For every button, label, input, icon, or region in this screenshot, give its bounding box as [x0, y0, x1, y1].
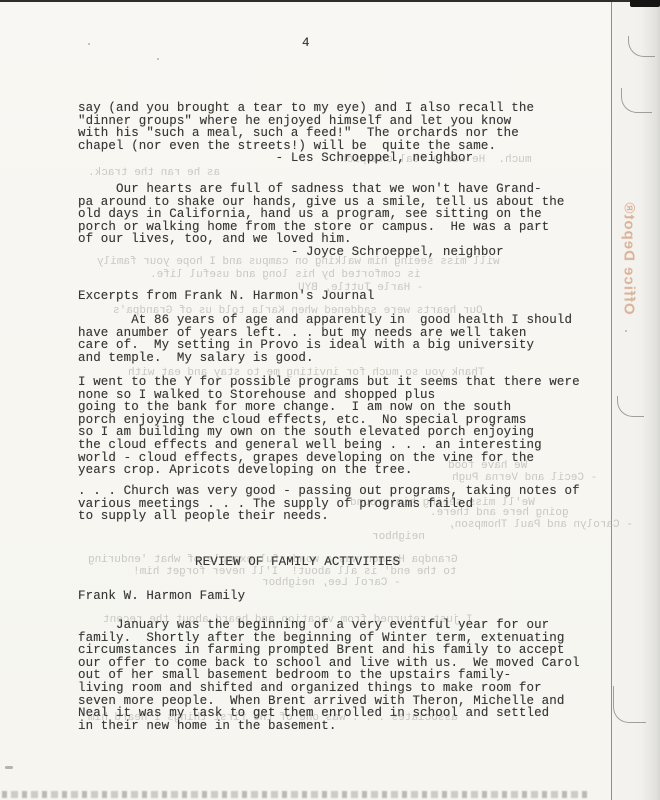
- bleedthrough-text: - Carol Lee, neighbor: [262, 578, 401, 589]
- scan-speck: [625, 330, 627, 332]
- family-heading: Frank W. Harmon Family: [78, 590, 245, 603]
- journal-heading: Excerpts from Frank N. Harmon's Journal: [78, 290, 374, 303]
- page-edge-line: [611, 0, 612, 800]
- office-depot-bleedthrough-label: Office Depot®: [616, 190, 642, 326]
- paragraph-our-hearts: Our hearts are full of sadness that we w…: [78, 183, 564, 259]
- scan-corner-artifact: [630, 0, 660, 7]
- bleedthrough-text: is comforted by his long and useful life…: [150, 270, 421, 281]
- scanned-document-page: Office Depot® much. He was a real champi…: [0, 0, 660, 800]
- paragraph-church: . . . Church was very good - passing out…: [78, 485, 580, 523]
- scan-speck: [157, 58, 159, 60]
- scan-speck: [88, 43, 90, 45]
- paragraph-january: January was the beginning of a very even…: [78, 619, 580, 732]
- page-number: 4: [302, 37, 310, 50]
- paragraph-went-to-y: I went to the Y for possible programs bu…: [78, 376, 580, 477]
- bleedthrough-text: neighbor: [372, 532, 425, 543]
- bottom-bleedthrough-strip: [2, 791, 588, 798]
- paragraph-at-86: At 86 years of age and apparently in goo…: [78, 314, 572, 364]
- paragraph-continuation-dinner-groups: say (and you brought a tear to my eye) a…: [78, 102, 534, 165]
- review-heading: REVIEW OF FAMILY ACTIVITIES: [195, 556, 400, 569]
- scan-top-edge-artifact: [0, 0, 660, 2]
- scan-speck: [5, 766, 13, 769]
- office-depot-label-text: Office Depot®: [621, 201, 638, 314]
- bleedthrough-text: as he ran the track.: [88, 168, 220, 179]
- binder-mark: [613, 686, 646, 723]
